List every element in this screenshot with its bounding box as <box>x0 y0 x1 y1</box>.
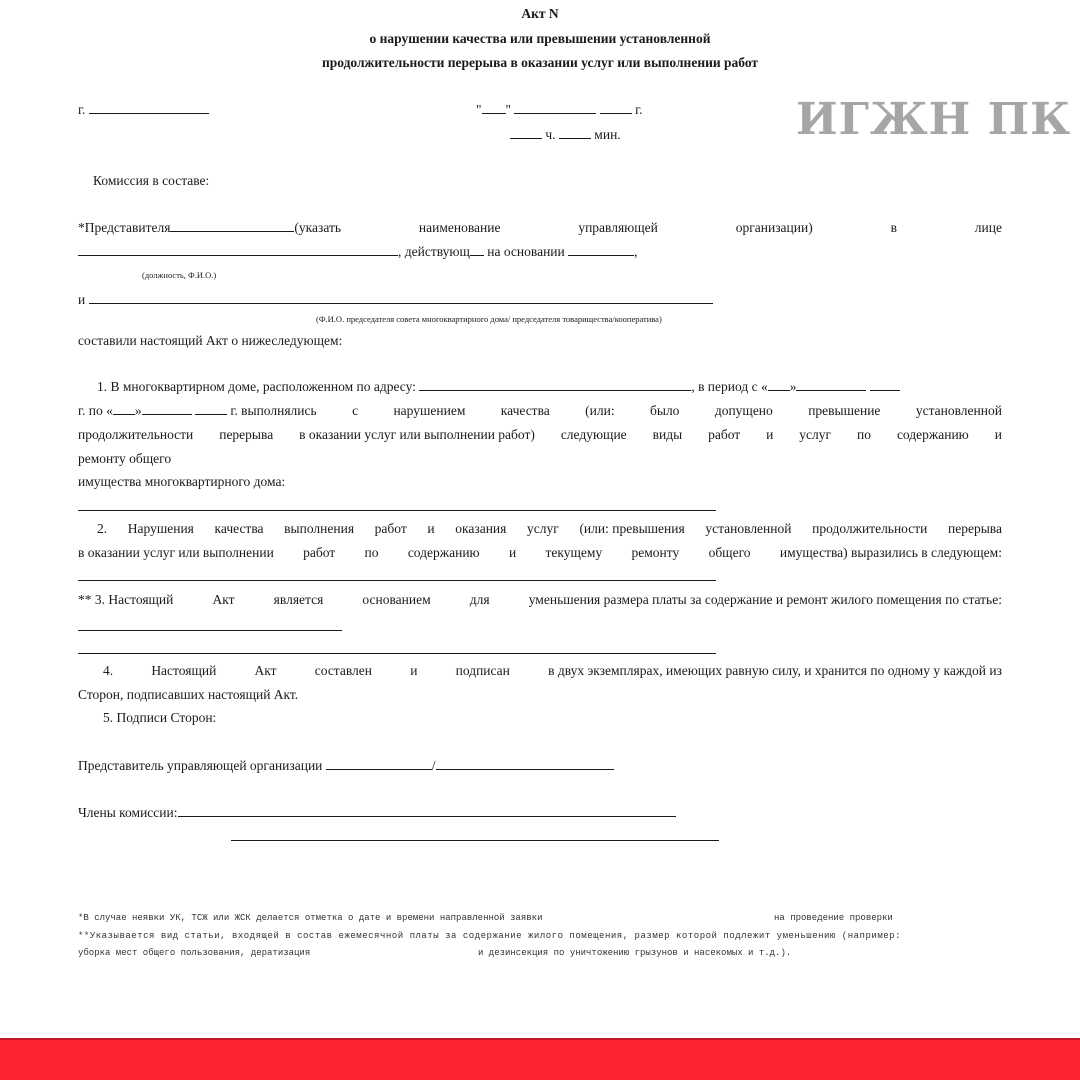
members-signature-line: Члены комиссии: <box>78 805 676 821</box>
end-year-input-line[interactable] <box>195 404 227 415</box>
item-3-line-1: ** 3. Настоящий Акт является основанием … <box>78 592 1002 608</box>
day-input-line[interactable] <box>482 103 506 114</box>
word: подписан <box>456 663 510 679</box>
word: качества <box>501 403 550 419</box>
document-title: Акт N <box>0 6 1080 22</box>
word: (или: <box>585 403 614 419</box>
chairman-input-line[interactable] <box>89 293 713 304</box>
word: перерыва <box>948 521 1002 537</box>
item-2-line-2: в оказании услуг или выполнении работ по… <box>78 545 1002 561</box>
date-field: "" г. <box>476 102 643 118</box>
year-label: г. <box>635 102 642 117</box>
end-date-group: г. по «» г. выполнялись <box>78 403 317 419</box>
hour-input-line[interactable] <box>510 128 542 139</box>
word: содержанию <box>408 545 480 561</box>
position-hint: (должность, Ф.И.О.) <box>142 270 216 280</box>
word: перерыва <box>219 427 273 443</box>
word: по <box>365 545 379 561</box>
footnote-2-line-2a: уборка мест общего пользования, дератиза… <box>78 948 310 958</box>
word: следующие <box>561 427 627 443</box>
word: наименование <box>419 220 501 236</box>
and-label: и <box>78 292 85 307</box>
word: содержанию <box>897 427 969 443</box>
article-input-line-2[interactable] <box>78 642 716 654</box>
violations-input-line[interactable] <box>78 569 716 581</box>
word: установленной <box>705 521 791 537</box>
footnote-2-line-1: **Указывается вид статьи, входящей в сос… <box>78 931 901 941</box>
item-2-line-1: 2. Нарушения качества выполнения работ и… <box>97 521 1002 537</box>
representative-label: *Представителя(указать <box>78 220 341 236</box>
start-month-input-line[interactable] <box>796 380 866 391</box>
city-label: г. <box>78 102 85 117</box>
start-day-input-line[interactable] <box>768 380 790 391</box>
word: виды <box>653 427 683 443</box>
word: с <box>352 403 358 419</box>
position-name-input-line[interactable] <box>78 245 398 256</box>
word: Акт <box>213 592 235 608</box>
time-field: ч. мин. <box>510 127 621 143</box>
item-1-line-3: продолжительности перерыва в оказании ус… <box>78 427 1002 443</box>
year-input-line[interactable] <box>600 103 632 114</box>
works-input-line[interactable] <box>78 499 716 511</box>
footnote-1b: на проведение проверки <box>774 913 893 923</box>
word: допущено <box>715 403 773 419</box>
word: было <box>650 403 679 419</box>
item-1-line-4: ремонту общего <box>78 451 171 467</box>
rep-signature-label: Представитель управляющей организации <box>78 758 322 773</box>
word: уменьшения размера платы за содержание и… <box>529 592 1002 608</box>
text: 1. В многоквартирном доме, расположенном… <box>97 379 416 394</box>
word: общего <box>709 545 751 561</box>
basis-label: на основании <box>484 244 568 259</box>
representative-line: *Представителя(указать наименование упра… <box>78 220 1002 236</box>
accent-bar <box>0 1038 1080 1080</box>
word: Нарушения <box>128 521 194 537</box>
word: и <box>509 545 516 561</box>
watermark-logo: ИГЖН ПК <box>796 94 1071 145</box>
word: качества <box>215 521 264 537</box>
gender-ending-input-line[interactable] <box>470 245 484 256</box>
document-subtitle-1: о нарушении качества или превышении уста… <box>0 31 1080 47</box>
word: управляющей <box>578 220 658 236</box>
word: ремонту <box>632 545 680 561</box>
item-1-line-1: 1. В многоквартирном доме, расположенном… <box>97 379 900 395</box>
word: и <box>427 521 434 537</box>
word: основанием <box>362 592 430 608</box>
article-input-line-1[interactable] <box>78 619 342 631</box>
word: превышение <box>808 403 880 419</box>
word: услуг <box>527 521 559 537</box>
word: работ <box>708 427 740 443</box>
commission-intro: Комиссия в составе: <box>93 173 209 189</box>
word: в оказании услуг или выполнении работ) <box>299 427 535 443</box>
composed-text: составили настоящий Акт о нижеследующем: <box>78 333 342 349</box>
rep-signature-input[interactable] <box>326 759 432 770</box>
item-1-line-5: имущества многоквартирного дома: <box>78 474 285 490</box>
minute-input-line[interactable] <box>559 128 591 139</box>
word: и <box>766 427 773 443</box>
footnote-1a: *В случае неявки УК, ТСЖ или ЖСК делаетс… <box>78 913 542 923</box>
end-day-input-line[interactable] <box>113 404 135 415</box>
end-month-input-line[interactable] <box>142 404 192 415</box>
word: составлен <box>315 663 372 679</box>
members-label: Члены комиссии: <box>78 805 178 820</box>
basis-input-line[interactable] <box>568 245 634 256</box>
chairman-hint: (Ф.И.О. председателя совета многоквартир… <box>316 314 662 324</box>
text: » <box>790 379 797 394</box>
item-5: 5. Подписи Сторон: <box>103 710 216 726</box>
footnote-2-line-2b: и дезинсекция по уничтожению грызунов и … <box>478 948 791 958</box>
word: услуг <box>799 427 831 443</box>
item-4-line-2: Сторон, подписавших настоящий Акт. <box>78 687 298 703</box>
org-input-line[interactable] <box>170 221 294 232</box>
word: выполнения <box>284 521 354 537</box>
word: ** 3. Настоящий <box>78 592 173 608</box>
rep-signature-line: Представитель управляющей организации / <box>78 758 614 774</box>
word: работ <box>303 545 335 561</box>
acting-line: , действующ на основании , <box>78 244 638 260</box>
acting-label: , действующ <box>398 244 470 259</box>
word: организации) <box>736 220 813 236</box>
hour-label: ч. <box>545 127 555 142</box>
word: лице <box>975 220 1002 236</box>
word: установленной <box>916 403 1002 419</box>
month-input-line[interactable] <box>514 103 596 114</box>
word: Настоящий <box>151 663 216 679</box>
members-input-2[interactable] <box>231 829 719 841</box>
chairman-line: и <box>78 292 713 308</box>
city-field: г. <box>78 102 209 118</box>
word: имущества) выразились в следующем: <box>780 545 1002 561</box>
word: нарушением <box>393 403 465 419</box>
word: в двух экземплярах, имеющих равную силу,… <box>548 663 1002 679</box>
text: , в период с « <box>691 379 767 394</box>
word: и <box>410 663 417 679</box>
rep-name-input[interactable] <box>436 759 614 770</box>
word: продолжительности <box>812 521 927 537</box>
word: оказания <box>455 521 506 537</box>
word: Акт <box>255 663 277 679</box>
word: по <box>857 427 871 443</box>
word: является <box>274 592 324 608</box>
item-1-line-2: г. по «» г. выполнялись с нарушением кач… <box>78 403 1002 419</box>
quote-close: " <box>506 102 512 117</box>
item-4-line-1: 4. Настоящий Акт составлен и подписан в … <box>103 663 1002 679</box>
word: продолжительности <box>78 427 193 443</box>
comma: , <box>634 244 637 259</box>
city-input-line[interactable] <box>89 103 209 114</box>
address-input-line[interactable] <box>419 380 691 391</box>
word: в оказании услуг или выполнении <box>78 545 274 561</box>
word: в <box>891 220 897 236</box>
minute-label: мин. <box>594 127 620 142</box>
word: текущему <box>546 545 603 561</box>
word: и <box>995 427 1002 443</box>
word: 2. <box>97 521 107 537</box>
document-subtitle-2: продолжительности перерыва в оказании ус… <box>0 55 1080 71</box>
word: 4. <box>103 663 113 679</box>
word: работ <box>375 521 407 537</box>
members-input-1[interactable] <box>178 806 676 817</box>
word: для <box>470 592 490 608</box>
word: (или: превышения <box>579 521 684 537</box>
start-year-input-line[interactable] <box>870 380 900 391</box>
